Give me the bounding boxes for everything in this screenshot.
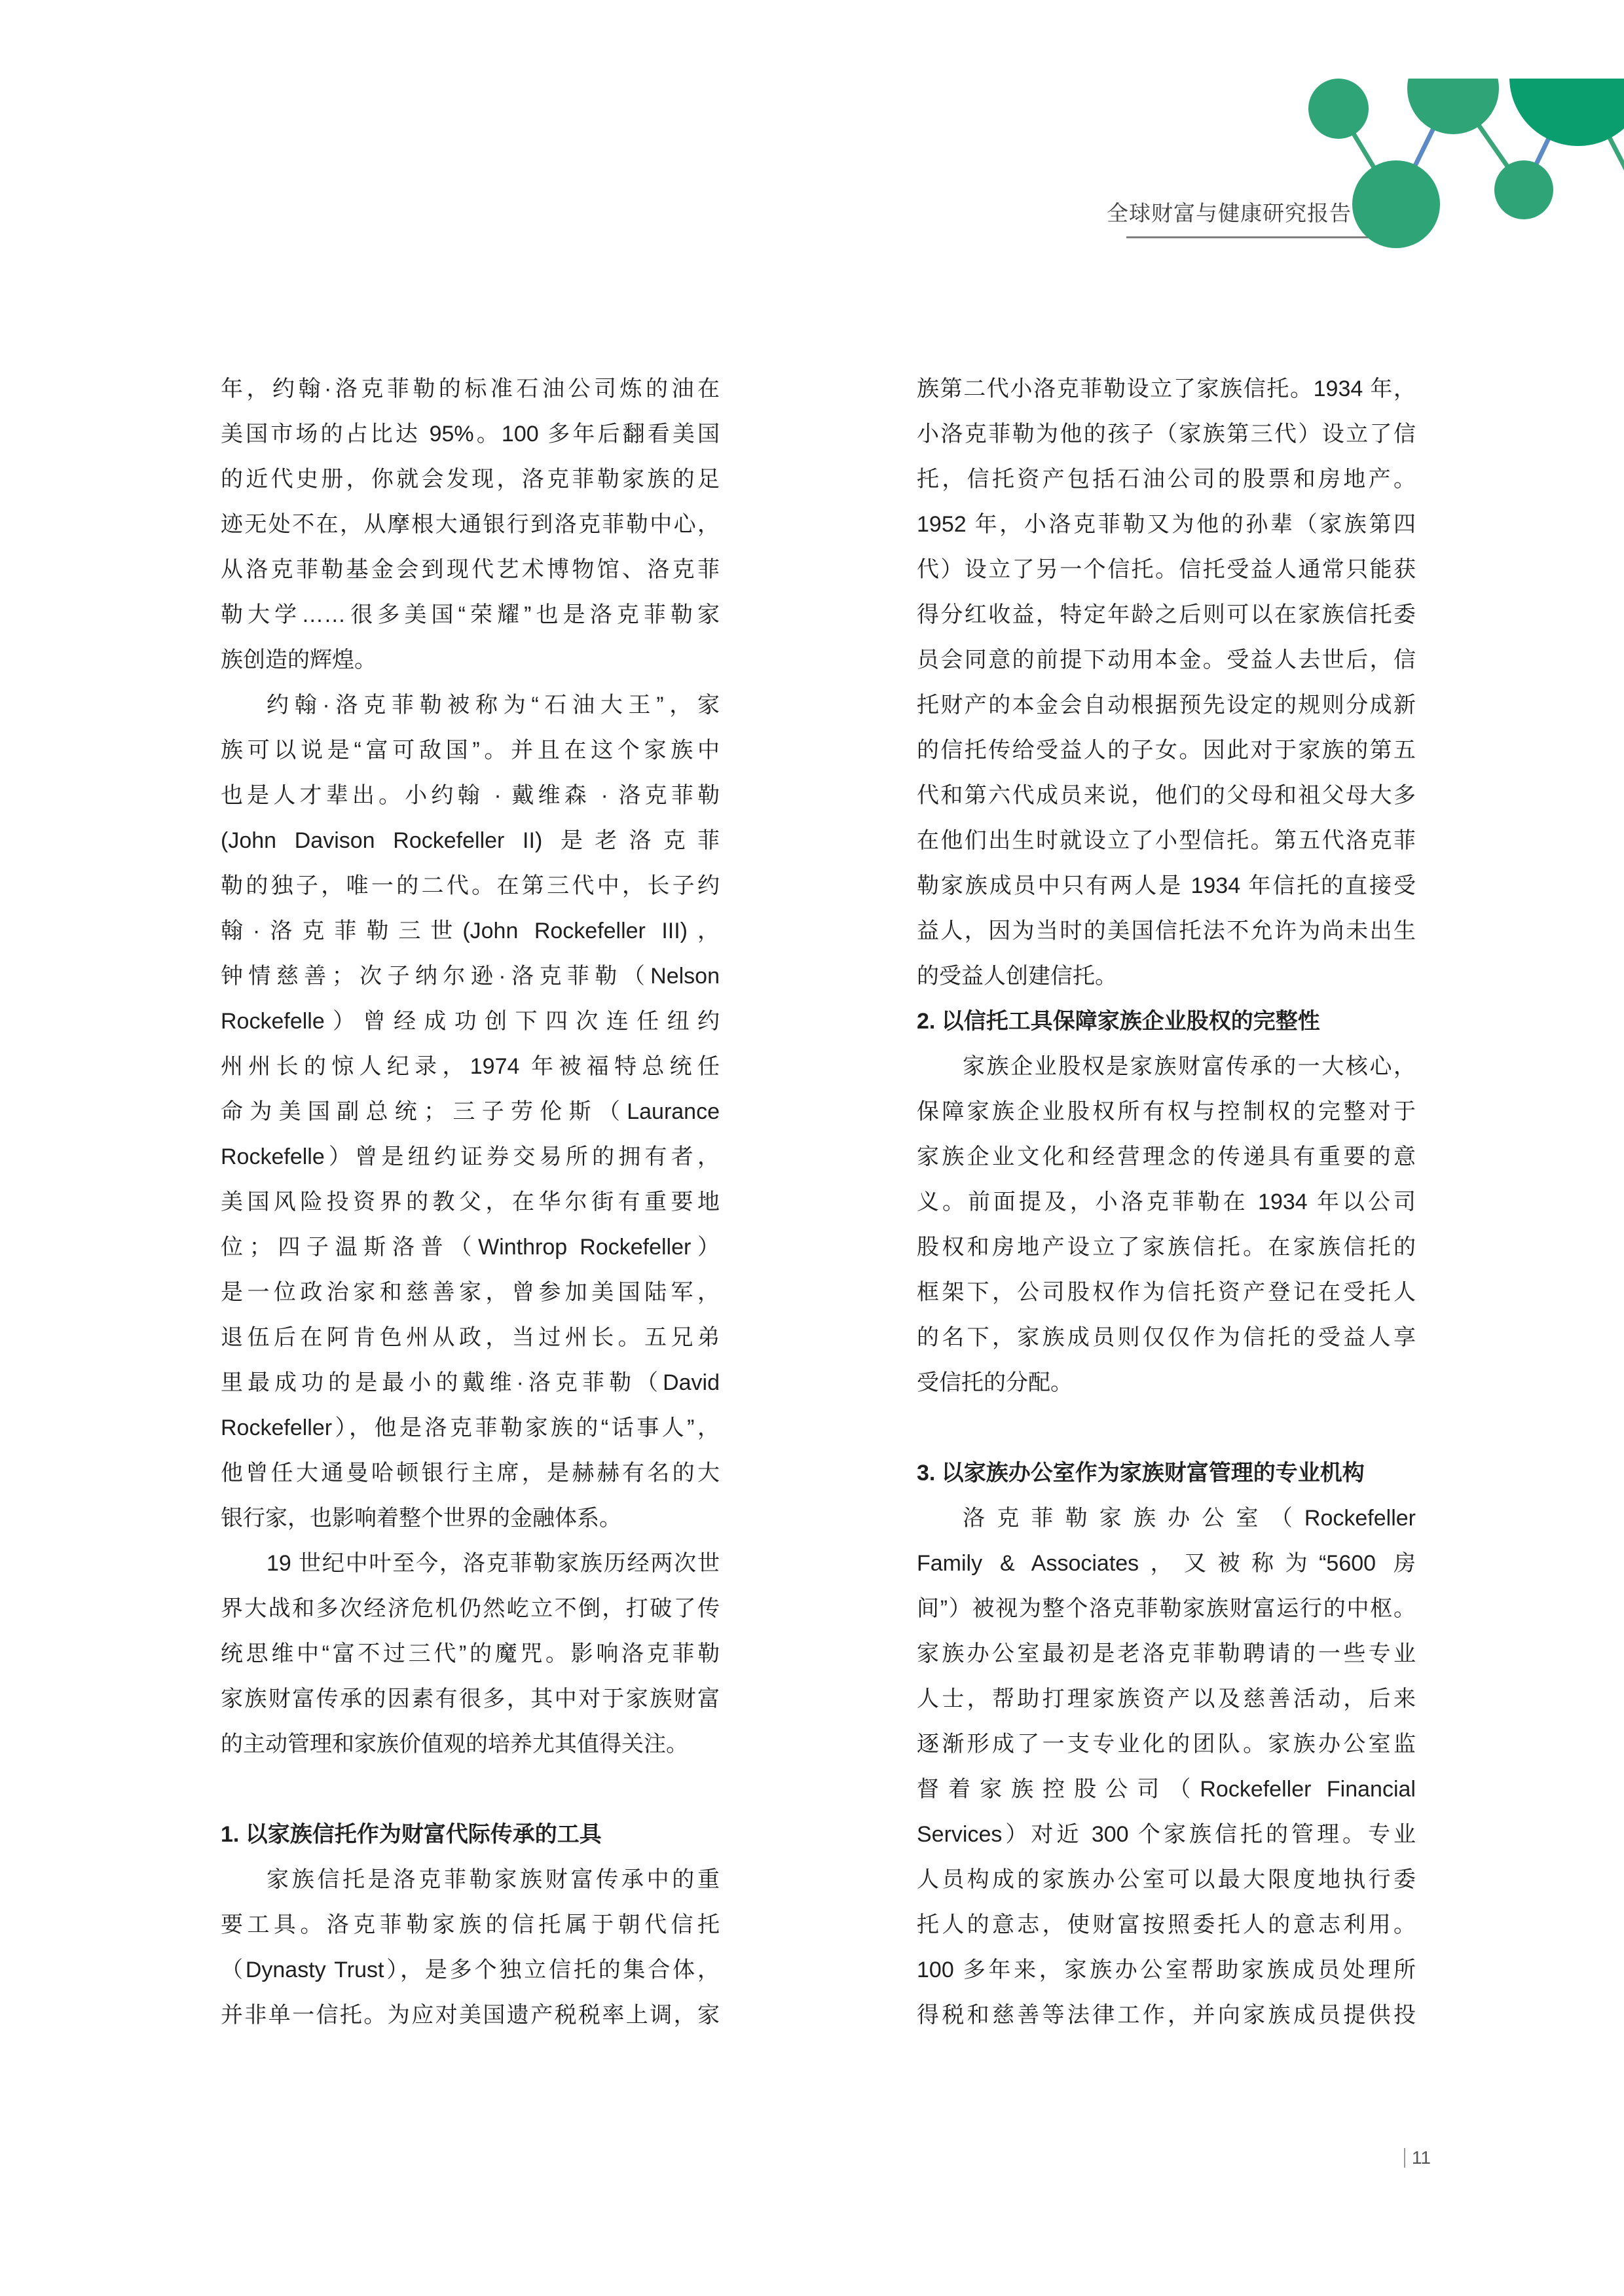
text-line: 界大战和多次经济危机仍然屹立不倒，打破了传: [221, 1586, 720, 1631]
text-line: 他曾任大通曼哈顿银行主席，是赫赫有名的大: [221, 1451, 720, 1496]
text-line: 银行家，也影响着整个世界的金融体系。: [221, 1496, 720, 1541]
text-line: 3. 以家族办公室作为家族财富管理的专业机构: [917, 1451, 1416, 1496]
text-line: 100 多年来，家族办公室帮助家族成员处理所: [917, 1948, 1416, 1993]
node-circle-icon: [1308, 79, 1369, 139]
text-line: 翰·洛克菲勒三世(John Rockefeller III)，: [221, 909, 720, 954]
text-line: 间”）被视为整个洛克菲勒家族财富运行的中枢。: [917, 1586, 1416, 1631]
text-line: 员会同意的前提下动用本金。受益人去世后，信: [917, 638, 1416, 683]
text-line: 钟情慈善；次子纳尔逊·洛克菲勒（Nelson: [221, 954, 720, 999]
text-line: 迹无处不在，从摩根大通银行到洛克菲勒中心，: [221, 502, 720, 547]
text-line: 受信托的分配。: [917, 1360, 1416, 1406]
text-line: 代和第六代成员来说，他们的父母和祖父母大多: [917, 773, 1416, 818]
text-line: Rockefelle）曾是纽约证券交易所的拥有者，: [221, 1135, 720, 1180]
text-line: 家族办公室最初是老洛克菲勒聘请的一些专业: [917, 1631, 1416, 1677]
text-line: 位；四子温斯洛普（Winthrop Rockefeller）: [221, 1225, 720, 1270]
text-line: （Dynasty Trust），是多个独立信托的集合体，: [221, 1948, 720, 1993]
text-line: (John Davison Rockefeller II) 是老洛克菲: [221, 818, 720, 864]
text-line: 族第二代小洛克菲勒设立了家族信托。1934 年，: [917, 367, 1416, 412]
network-nodes-icon: [0, 79, 1624, 314]
page-number-value: 11: [1412, 2147, 1431, 2168]
text-line: 并非单一信托。为应对美国遗产税税率上调，家: [221, 1993, 720, 2038]
text-line: 美国市场的占比达 95%。100 多年后翻看美国: [221, 412, 720, 457]
text-line: 命为美国副总统；三子劳伦斯（Laurance: [221, 1089, 720, 1135]
text-line: 逐渐形成了一支专业化的团队。家族办公室监: [917, 1722, 1416, 1767]
text-line: 也是人才辈出。小约翰 · 戴维森 · 洛克菲勒: [221, 773, 720, 818]
text-line: 家族信托是洛克菲勒家族财富传承中的重: [221, 1857, 720, 1903]
text-line: 族创造的辉煌。: [221, 638, 720, 683]
text-line: 1952 年，小洛克菲勒又为他的孙辈（家族第四: [917, 502, 1416, 547]
text-line: 退伍后在阿肯色州从政，当过州长。五兄弟: [221, 1315, 720, 1360]
text-line: 家族企业文化和经营理念的传递具有重要的意: [917, 1135, 1416, 1180]
text-line: [917, 1406, 1416, 1451]
text-line: Services）对近 300 个家族信托的管理。专业: [917, 1812, 1416, 1857]
text-line: 勒家族成员中只有两人是 1934 年信托的直接受: [917, 864, 1416, 909]
text-line: Family & Associates，又被称为“5600 房: [917, 1541, 1416, 1586]
text-line: 勒的独子，唯一的二代。在第三代中，长子约: [221, 864, 720, 909]
text-line: 美国风险投资界的教父，在华尔街有重要地: [221, 1180, 720, 1225]
text-line: 人士，帮助打理家族资产以及慈善活动，后来: [917, 1677, 1416, 1722]
text-line: 人员构成的家族办公室可以最大限度地执行委: [917, 1857, 1416, 1903]
page-number-divider: [1404, 2148, 1405, 2168]
text-line: 家族财富传承的因素有很多，其中对于家族财富: [221, 1677, 720, 1722]
text-line: 年，约翰·洛克菲勒的标准石油公司炼的油在: [221, 367, 720, 412]
text-line: 义。前面提及，小洛克菲勒在 1934 年以公司: [917, 1180, 1416, 1225]
text-line: 小洛克菲勒为他的孩子（家族第三代）设立了信: [917, 412, 1416, 457]
text-line: 从洛克菲勒基金会到现代艺术博物馆、洛克菲: [221, 547, 720, 592]
text-line: 里最成功的是最小的戴维·洛克菲勒（David: [221, 1360, 720, 1406]
text-line: 洛克菲勒家族办公室（Rockefeller: [917, 1496, 1416, 1541]
text-line: 保障家族企业股权所有权与控制权的完整对于: [917, 1089, 1416, 1135]
text-line: 督着家族控股公司（Rockefeller Financial: [917, 1767, 1416, 1812]
text-column-right: 族第二代小洛克菲勒设立了家族信托。1934 年，小洛克菲勒为他的孩子（家族第三代…: [917, 367, 1416, 2038]
text-line: 族可以说是“富可敌国”。并且在这个家族中: [221, 728, 720, 773]
node-circle-icon: [1352, 160, 1440, 248]
node-circle-icon: [1494, 160, 1553, 219]
node-circle-icon: [1407, 79, 1499, 134]
text-line: 要工具。洛克菲勒家族的信托属于朝代信托: [221, 1903, 720, 1948]
text-line: 托，信托资产包括石油公司的股票和房地产。: [917, 457, 1416, 502]
text-line: 统思维中“富不过三代”的魔咒。影响洛克菲勒: [221, 1631, 720, 1677]
text-line: 的名下，家族成员则仅仅作为信托的受益人享: [917, 1315, 1416, 1360]
text-line: 益人，因为当时的美国信托法不允许为尚未出生: [917, 909, 1416, 954]
report-page: 全球财富与健康研究报告 年，约翰·洛克菲勒的标准石油公司炼的油在美国市场的占比达…: [0, 0, 1624, 2296]
text-column-left: 年，约翰·洛克菲勒的标准石油公司炼的油在美国市场的占比达 95%。100 多年后…: [221, 367, 720, 2038]
text-line: Rockefelle）曾经成功创下四次连任纽约: [221, 999, 720, 1044]
text-line: 的信托传给受益人的子女。因此对于家族的第五: [917, 728, 1416, 773]
text-line: 托财产的本金会自动根据预先设定的规则分成新: [917, 683, 1416, 728]
text-line: 托人的意志，使财富按照委托人的意志利用。: [917, 1903, 1416, 1948]
text-line: 的主动管理和家族价值观的培养尤其值得关注。: [221, 1722, 720, 1767]
text-line: 2. 以信托工具保障家族企业股权的完整性: [917, 999, 1416, 1044]
text-line: 约翰·洛克菲勒被称为“石油大王”，家: [221, 683, 720, 728]
text-line: 框架下，公司股权作为信托资产登记在受托人: [917, 1270, 1416, 1315]
page-number: 11: [1404, 2147, 1431, 2168]
text-line: 代）设立了另一个信托。信托受益人通常只能获: [917, 547, 1416, 592]
text-line: 的近代史册，你就会发现，洛克菲勒家族的足: [221, 457, 720, 502]
text-line: 在他们出生时就设立了小型信托。第五代洛克菲: [917, 818, 1416, 864]
text-line: 州州长的惊人纪录，1974 年被福特总统任: [221, 1044, 720, 1089]
text-line: 家族企业股权是家族财富传承的一大核心，: [917, 1044, 1416, 1089]
text-line: [221, 1767, 720, 1812]
text-line: 的受益人创建信托。: [917, 954, 1416, 999]
node-circle-icon: [1509, 79, 1624, 146]
text-line: 股权和房地产设立了家族信托。在家族信托的: [917, 1225, 1416, 1270]
text-line: 1. 以家族信托作为财富代际传承的工具: [221, 1812, 720, 1857]
page-title: 全球财富与健康研究报告: [1107, 196, 1352, 227]
text-line: 得税和慈善等法律工作，并向家族成员提供投: [917, 1993, 1416, 2038]
text-line: Rockefeller），他是洛克菲勒家族的“话事人”，: [221, 1406, 720, 1451]
text-line: 19 世纪中叶至今，洛克菲勒家族历经两次世: [221, 1541, 720, 1586]
text-line: 得分红收益，特定年龄之后则可以在家族信托委: [917, 592, 1416, 638]
text-line: 勒大学……很多美国“荣耀”也是洛克菲勒家: [221, 592, 720, 638]
text-line: 是一位政治家和慈善家，曾参加美国陆军，: [221, 1270, 720, 1315]
